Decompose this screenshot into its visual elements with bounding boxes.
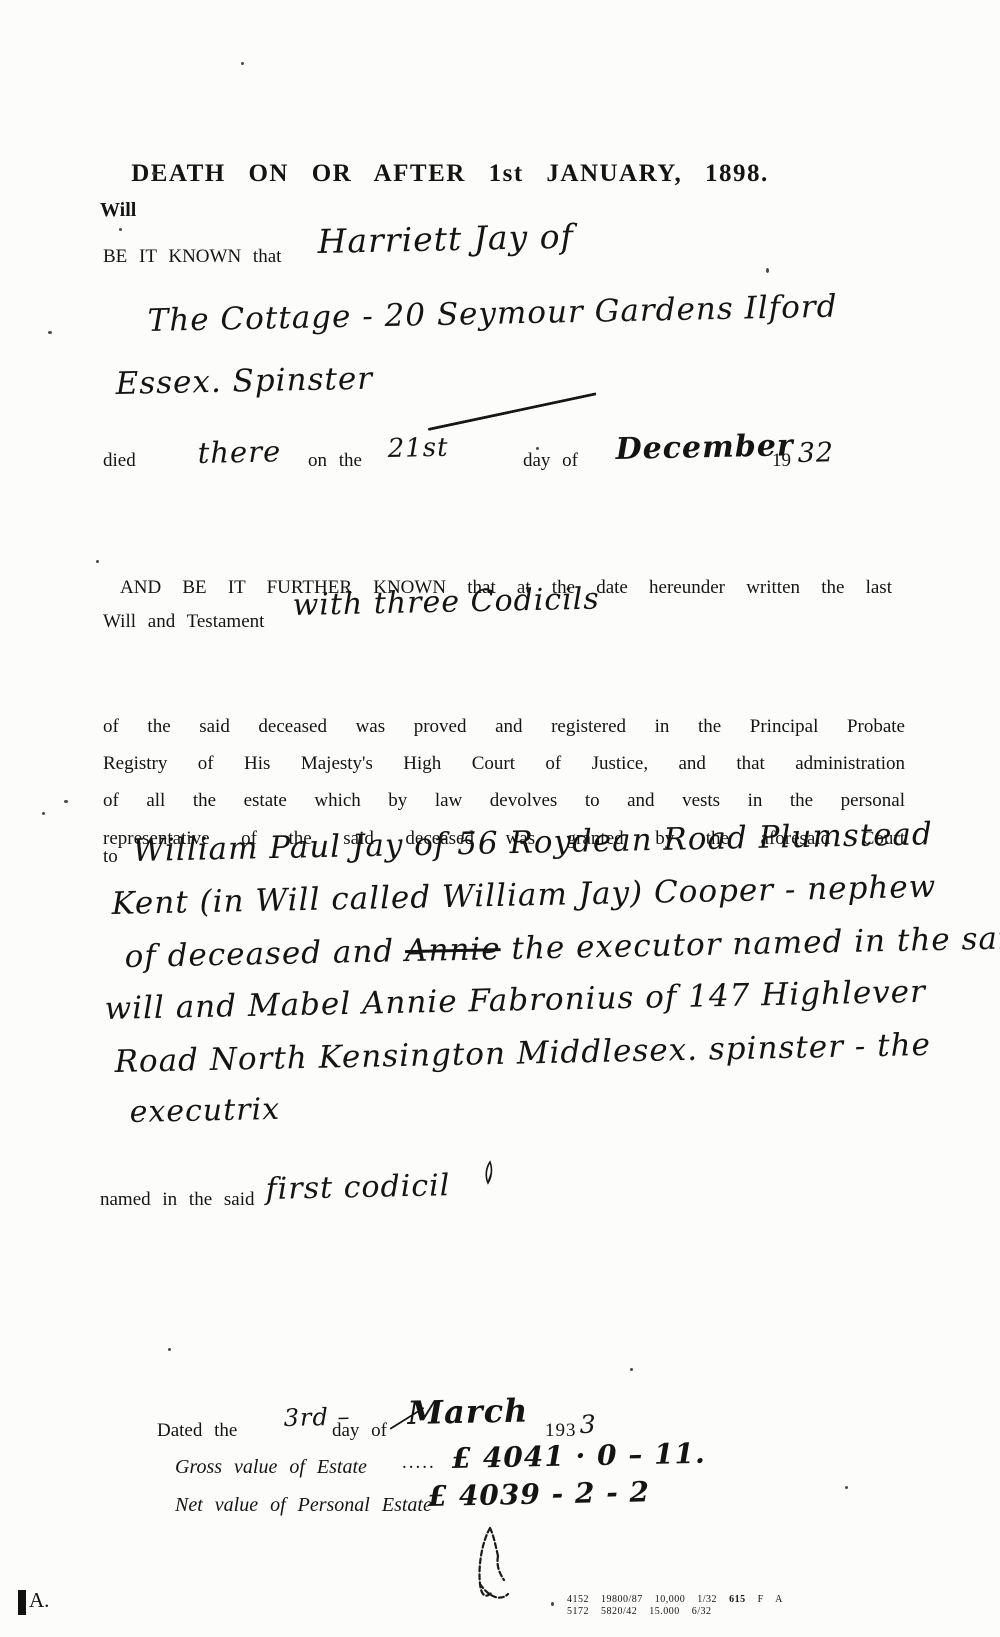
scan-speck [64,800,68,803]
scan-speck [119,228,122,231]
death-day-handwriting: 21st [387,433,448,464]
grantee-handwriting-line4: will and Mabel Annie Fabronius of 147 Hi… [104,974,926,1027]
grantee-handwriting-line5: Road North Kensington Middlesex. spinste… [114,1027,931,1080]
scan-speck [48,331,52,334]
scan-speck [152,172,156,175]
died-place-handwriting: there [197,434,281,470]
to-label: to [103,846,118,868]
died-label: died [103,450,136,472]
small-pen-mark [482,1160,496,1186]
grant-paragraph-line3: of all the estate which by law devolves … [103,790,905,812]
scan-speck [536,447,539,450]
scan-speck [766,268,769,273]
grantee-handwriting-line1: William Paul Jay of 56 Roydean Road Plum… [132,816,933,869]
codicils-handwriting: with three Codicils [292,582,600,623]
printer-codes-line1: 4152 19800/87 10,000 1/32 615 F A [567,1594,783,1605]
named-in-said-label: named in the said [100,1189,255,1211]
address-handwriting-line1: The Cottage - 20 Seymour Gardens Ilford [147,289,838,339]
scan-speck [241,62,244,65]
codes-line1-tail: F A [758,1594,783,1605]
dated-day-of-label: day of [332,1420,387,1442]
deceased-name-handwriting: Harriett Jay of [317,217,574,261]
scan-speck [96,560,99,563]
first-codicil-handwriting: first codicil [265,1168,450,1207]
scan-speck [630,1368,633,1371]
bracket-mark-icon [18,1590,26,1615]
on-the-label: on the [308,450,362,472]
executrix-handwriting: executrix [129,1092,280,1130]
document-title: DEATH ON OR AFTER 1st JANUARY, 1898. [100,160,800,188]
corner-mark: A. [18,1588,49,1615]
will-label: Will [100,199,136,222]
grant-paragraph-line2: Registry of His Majesty's High Court of … [103,753,905,775]
printer-codes-line2: 5172 5820/42 15.000 6/32 [567,1606,712,1617]
grant-paragraph-line1: of the said deceased was proved and regi… [103,716,905,738]
grantee-handwriting-line2: Kent (in Will called William Jay) Cooper… [111,869,936,922]
death-year-handwriting: 32 [797,437,834,469]
codes-line1-bold: 615 [729,1594,746,1605]
pen-flourish [452,1522,542,1614]
struck-out-word: Annie [405,931,501,969]
scan-speck [42,812,45,815]
corner-label: A. [29,1588,49,1612]
net-value-handwriting: £ 4039 - 2 - 2 [427,1475,650,1513]
year-printed-prefix: 19 [772,450,791,472]
grantee-line3-post: the executor named in the said [511,920,1000,967]
day-of-label: day of [523,450,578,472]
net-value-label: Net value of Personal Estate [175,1494,432,1517]
scan-speck [551,1602,554,1606]
gross-value-dots: ..... [402,1452,436,1474]
scan-speck [168,1348,171,1351]
codes-line1-left: 4152 19800/87 10,000 1/32 [567,1594,717,1605]
grantee-handwriting-line3: of deceased and Annie the executor named… [124,920,1000,975]
dated-year-handwriting: 3 [579,1410,597,1439]
dated-month-handwriting: March [407,1391,529,1432]
scan-speck [845,1486,848,1489]
address-handwriting-line2: Essex. Spinster [115,361,373,402]
probate-document-page: DEATH ON OR AFTER 1st JANUARY, 1898. Wil… [0,0,1000,1637]
dated-the-label: Dated the [157,1420,237,1442]
death-month-handwriting: December [615,428,794,467]
grantee-line3-pre: of deceased and [124,933,394,975]
be-it-known-text: BE IT KNOWN that [103,246,281,268]
will-and-testament-label: Will and Testament [103,611,264,633]
gross-value-handwriting: £ 4041 · 0 – 11. [451,1437,706,1475]
pen-stroke [428,392,597,431]
gross-value-label: Gross value of Estate [175,1456,367,1479]
